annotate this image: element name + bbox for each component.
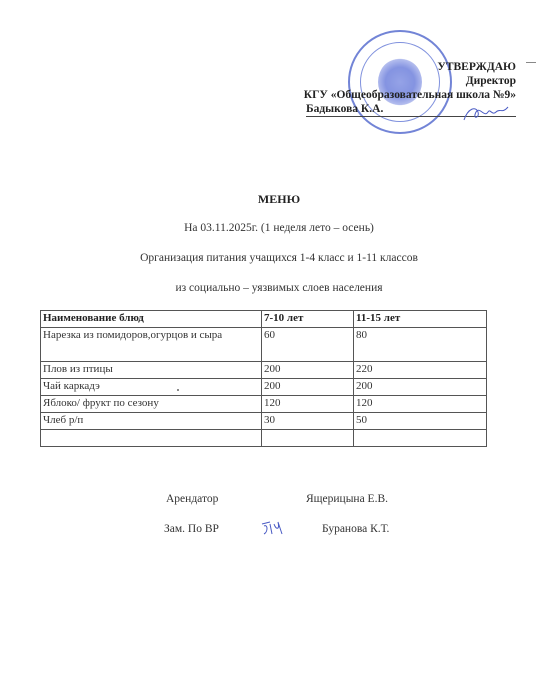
portion-7-10: 30 [262, 413, 354, 430]
portion-11-15: 80 [354, 328, 487, 362]
speck [177, 389, 179, 391]
deputy-label: Зам. По ВР [164, 523, 219, 535]
approval-heading: УТВЕРЖДАЮ [304, 60, 516, 74]
table-row: Яблоко/ фрукт по сезону 120 120 [41, 396, 487, 413]
approval-organization: КГУ «Общеобразовательная школа №9» [304, 88, 516, 102]
approval-position: Директор [304, 74, 516, 88]
portion-11-15 [354, 430, 487, 447]
table-row: Плов из птицы 200 220 [41, 362, 487, 379]
deputy-name: Буранова К.Т. [322, 523, 389, 535]
dish-name: Чай каркадэ [41, 379, 262, 396]
portion-7-10: 200 [262, 362, 354, 379]
dish-name: Плов из птицы [41, 362, 262, 379]
tenant-label: Арендатор [166, 493, 218, 505]
date-line: На 03.11.2025г. (1 неделя лето – осень) [0, 222, 558, 234]
table-header-row: Наименование блюд 7-10 лет 11-15 лет [41, 311, 487, 328]
table-row: Нарезка из помидоров,огурцов и сыра 60 8… [41, 328, 487, 362]
subtitle: Организация питания учащихся 1-4 класс и… [0, 252, 558, 264]
tenant-name: Ящерицына Е.В. [306, 493, 388, 505]
dish-name: Члеб р/п [41, 413, 262, 430]
table-row-empty [41, 430, 487, 447]
header-age-11-15: 11-15 лет [354, 311, 487, 328]
document-title: МЕНЮ [0, 192, 558, 207]
portion-11-15: 200 [354, 379, 487, 396]
table-row: Члеб р/п 30 50 [41, 413, 487, 430]
table-row: Чай каркадэ 200 200 [41, 379, 487, 396]
header-dish: Наименование блюд [41, 311, 262, 328]
decorative-dash [526, 62, 536, 63]
director-signature-icon [462, 104, 512, 124]
portion-7-10: 60 [262, 328, 354, 362]
dish-name: Яблоко/ фрукт по сезону [41, 396, 262, 413]
dish-name: Нарезка из помидоров,огурцов и сыра [41, 328, 262, 362]
portion-7-10 [262, 430, 354, 447]
portion-11-15: 120 [354, 396, 487, 413]
dish-name [41, 430, 262, 447]
subtitle-2: из социально – уязвимых слоев населения [0, 282, 558, 294]
portion-7-10: 200 [262, 379, 354, 396]
portion-7-10: 120 [262, 396, 354, 413]
menu-table: Наименование блюд 7-10 лет 11-15 лет Нар… [40, 310, 487, 447]
deputy-signature-icon [260, 518, 286, 538]
portion-11-15: 50 [354, 413, 487, 430]
portion-11-15: 220 [354, 362, 487, 379]
header-age-7-10: 7-10 лет [262, 311, 354, 328]
